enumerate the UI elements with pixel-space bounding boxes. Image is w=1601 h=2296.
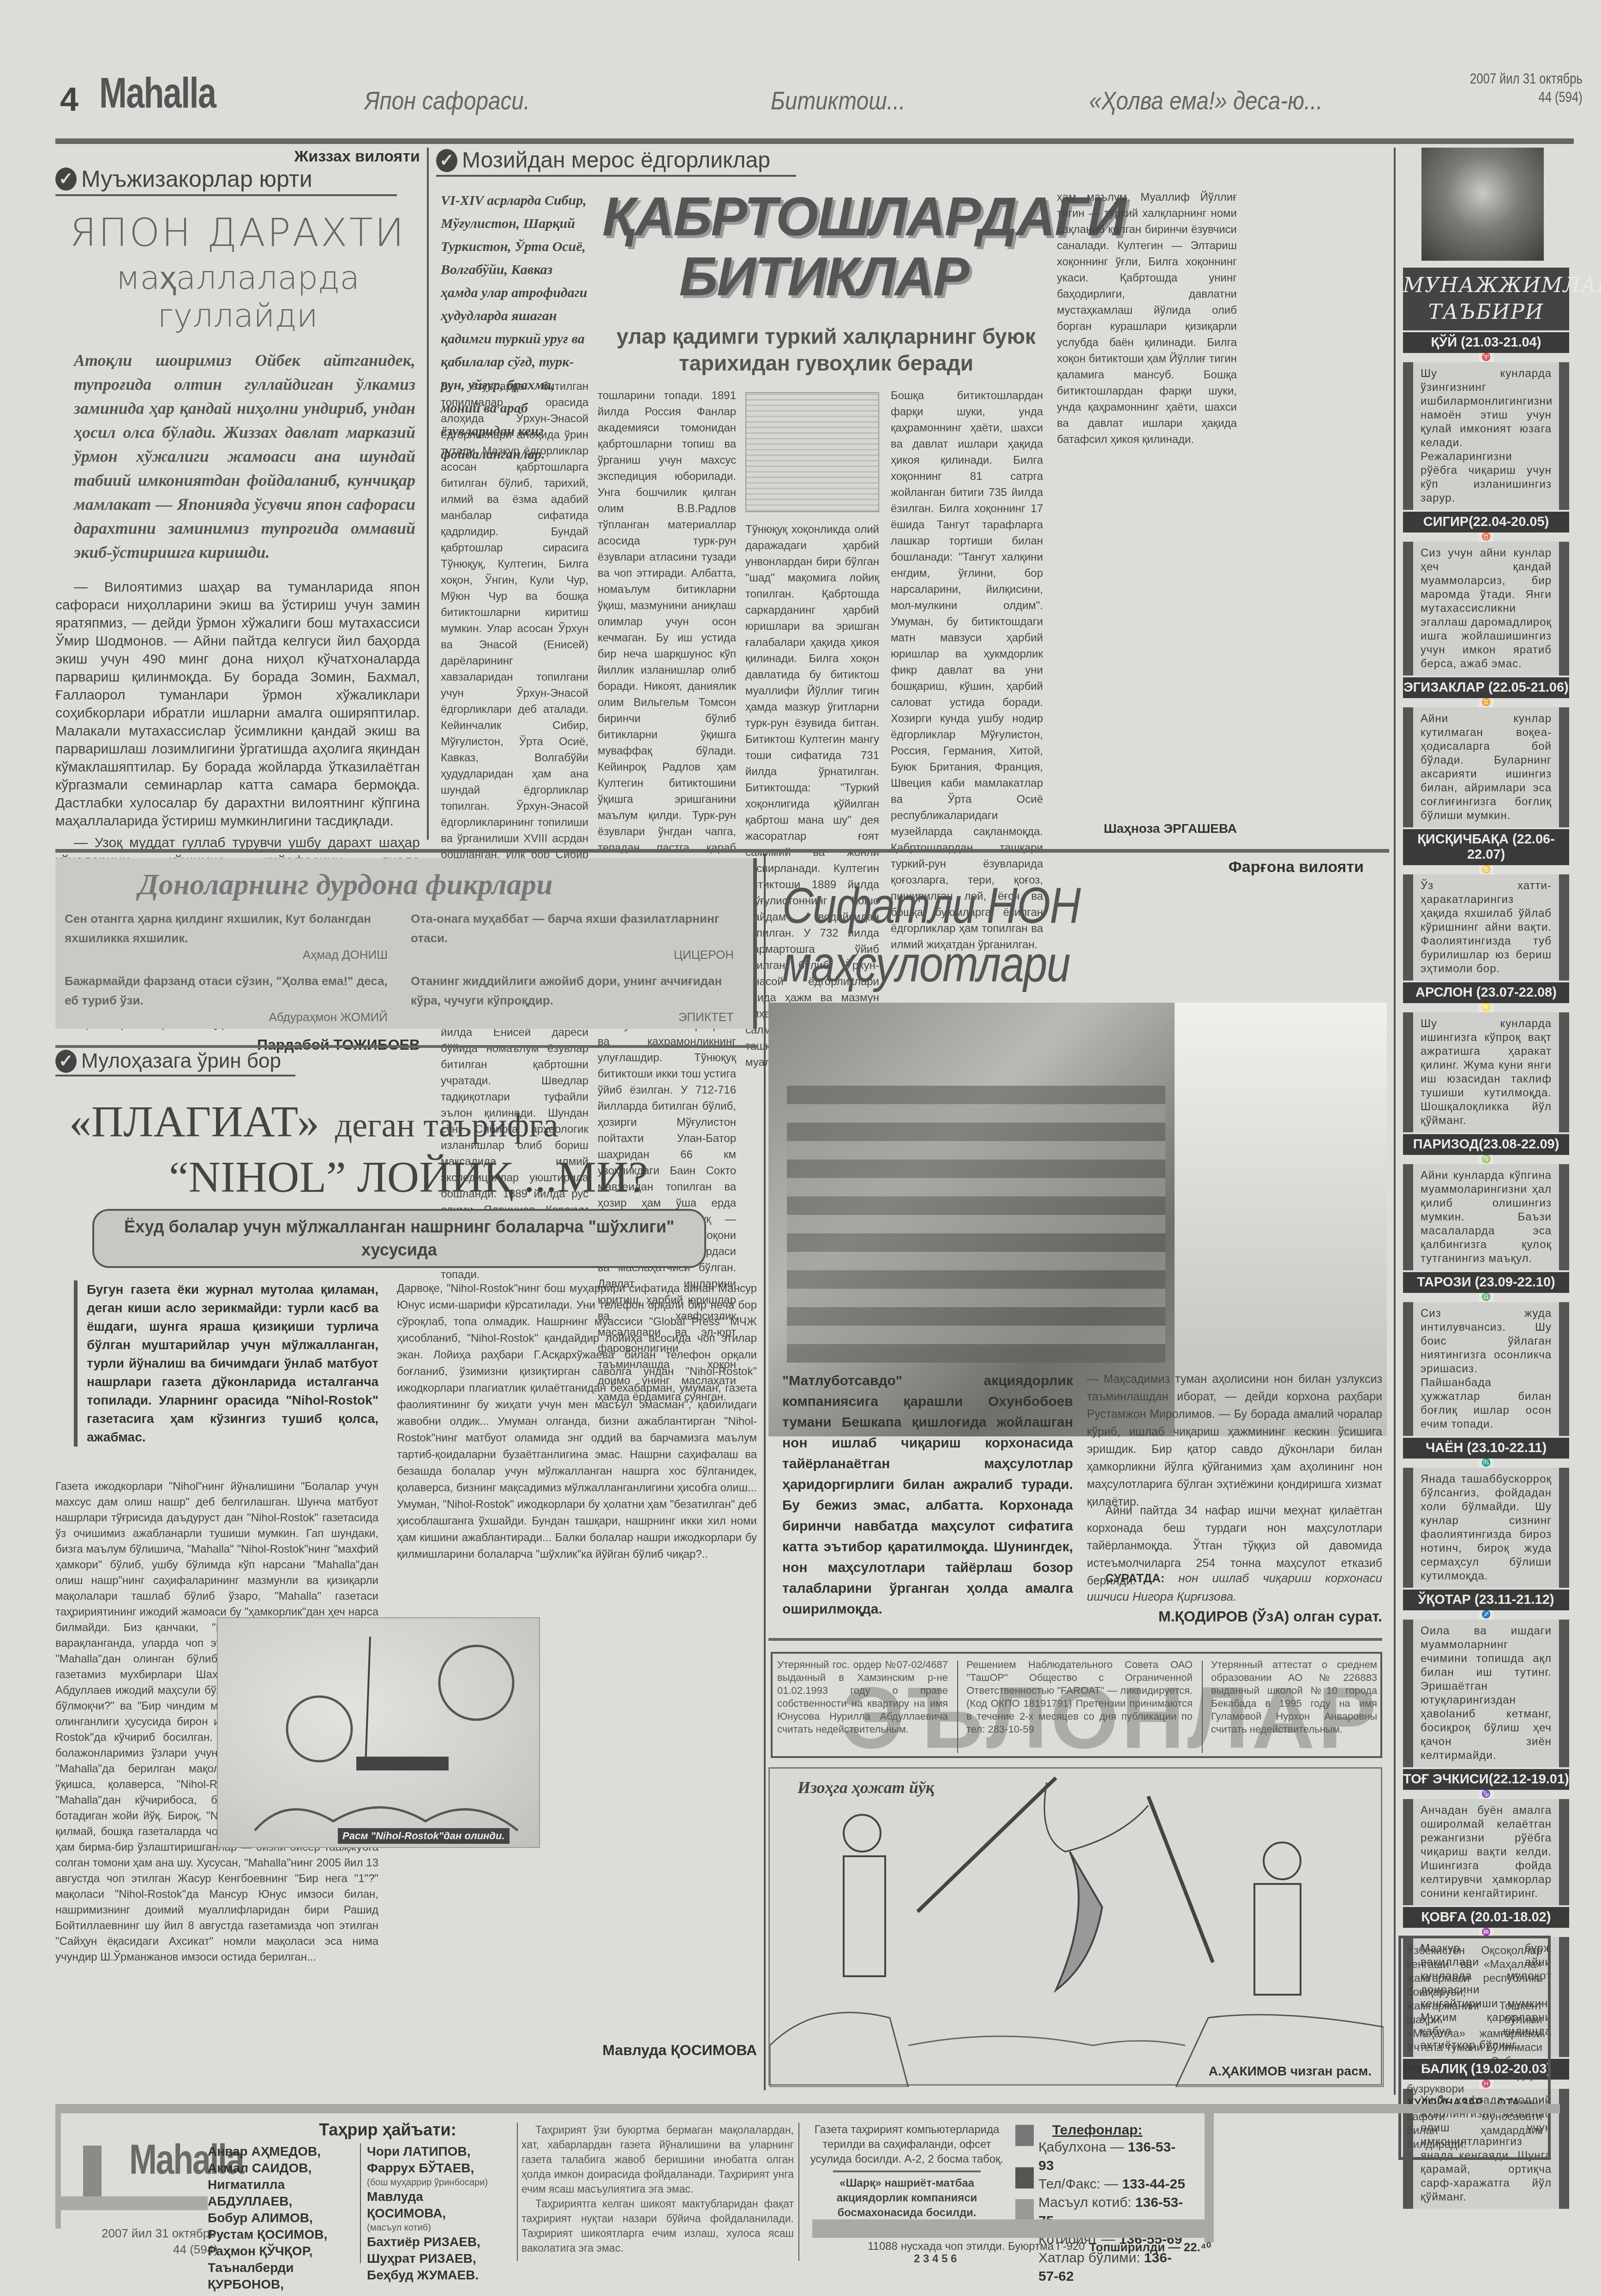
footer-divider <box>517 2123 518 2261</box>
sign-text: Шу кунларда ўзингизнинг ишбилармонлигинг… <box>1403 362 1569 510</box>
checkmark-icon: ✓ <box>55 167 77 191</box>
sign-7: ЧАЁН (23.10-22.11)♏Янада ташаббускорроқ … <box>1403 1438 1569 1588</box>
newspaper-page: 4 Mahalla Япон сафораси. Битиктош... «Ҳо… <box>0 0 1601 2296</box>
phone-reception[interactable]: Қабулхона — 136-53-93 <box>1038 2138 1191 2175</box>
submitted-time: Топширилди — 22.⁴⁰ <box>1089 2240 1211 2254</box>
quote-author: Абдураҳмон ЖОМИЙ <box>65 1010 388 1024</box>
ad-2: Решением Наблюдательного Совета ОАО "Таш… <box>966 1658 1193 1736</box>
sign-text: Ўз хатти-ҳаракатларингиз ҳақида яхшилаб … <box>1403 874 1569 981</box>
phones-block: Телефонлар: Қабулхона — 136-53-93 Тел/Фа… <box>1038 2123 1191 2286</box>
sign-3: ҚИСҚИЧБАҚА (22.06-22.07)♋Ўз хатти-ҳарака… <box>1403 829 1569 981</box>
print-divider <box>833 2170 981 2172</box>
checkmark-icon: ✓ <box>55 1050 77 1073</box>
footer-bar <box>55 2196 208 2210</box>
headline-line1: ҚАБРТОШЛАРДАГИ <box>602 187 1045 247</box>
logo-emblem-icon <box>83 2146 102 2196</box>
leo-icon: ♌ <box>1479 1003 1493 1012</box>
cartoon-credit: А.ҲАКИМОВ чизган расм. <box>1209 2064 1372 2079</box>
headline-big: «ПЛАГИАТ» <box>69 1097 319 1146</box>
quote-1: Сен отангга ҳарна қилдинг яхшилик, Кут б… <box>65 909 388 962</box>
horoscope-title-line1: МУНАЖЖИМЛАР <box>1403 272 1569 299</box>
phone-letters[interactable]: Хатлар бўлими: 136-57-62 <box>1038 2249 1191 2286</box>
chess-children-illustration <box>218 1618 541 1849</box>
sign-text: Айни кунларда кўпгина муаммоларингизни ҳ… <box>1403 1164 1569 1270</box>
staff-member: Чори ЛАТИПОВ, <box>367 2143 505 2160</box>
policy-1: Таҳририят ўзи буюртма бермаган мақолалар… <box>522 2123 794 2196</box>
phone-number: 133-44-25 <box>1122 2176 1185 2192</box>
region-label: Фарғона вилояти <box>768 858 1364 876</box>
quote-text: Сен отангга ҳарна қилдинг яхшилик, Кут б… <box>65 909 388 948</box>
scorpio-icon: ♏ <box>1479 1459 1493 1468</box>
phone-label: Қабулхона — <box>1038 2140 1124 2155</box>
policy-2: Таҳририятга келган шикоят мактубларидан … <box>522 2196 794 2255</box>
article-plagiat: ✓ Мулоҳазага ўрин бор «ПЛАГИАТ» деган та… <box>55 1050 762 2079</box>
quote-text: Ота-онага муҳаббат — барча яхши фазилатл… <box>411 909 734 948</box>
sign-name: СИГИР(22.04-20.05) <box>1403 512 1569 532</box>
staff-member: Раҳмон ҚЎЧҚОР, <box>208 2243 355 2260</box>
sign-name: ЎҚОТАР (23.11-21.12) <box>1403 1590 1569 1610</box>
sign-text: Сиз учун айни кунлар ҳеч қандай муаммола… <box>1403 542 1569 676</box>
taurus-icon: ♉ <box>1479 532 1493 542</box>
caption-label: СУРАТДА: <box>1105 1571 1164 1585</box>
subheadline: улар қадимги туркий халқларнинг буюк тар… <box>607 323 1045 377</box>
teaser-3[interactable]: «Ҳолва ема!» деса-ю... <box>1089 85 1323 115</box>
staff-member: Рустам ҚОСИМОВ, <box>208 2226 355 2243</box>
horoscope-title-line2: ТАЪБИРИ <box>1403 299 1569 326</box>
section-divider <box>55 849 1389 853</box>
photo-caption: СУРАТДА: нон ишлаб чиқариш корхонаси ишч… <box>1087 1569 1382 1606</box>
sign-6: ТАРОЗИ (23.09-22.10)♎Сиз жуда интилувчан… <box>1403 1272 1569 1436</box>
staff-member: Мавлуда ҚОСИМОВА, <box>367 2188 505 2222</box>
board-title: Таҳрир ҳайъати: <box>240 2120 535 2140</box>
headline-line2: маҳаллаларда гуллайди <box>55 259 420 335</box>
sign-5: ПАРИЗОД(23.08-22.09)♍Айни кунларда кўпги… <box>1403 1134 1569 1270</box>
article-col-2: Дарвоқе, "Nihol-Rostok"нинг бош муҳаррир… <box>397 1280 757 1563</box>
article-body-1: — Вилоятимиз шаҳар ва туманларида япон с… <box>55 578 420 830</box>
ad-divider <box>1202 1661 1203 1753</box>
article-lead: Бугун газета ёки журнал мутолаа қиламан,… <box>74 1280 378 1447</box>
staff-role: (масъул котиб) <box>367 2222 505 2234</box>
sign-name: ТАРОЗИ (23.09-22.10) <box>1403 1272 1569 1293</box>
article-bread: Фарғона вилояти Сифатли НОН маҳсулотлари… <box>768 858 1391 1436</box>
phone-icon <box>1015 2125 1034 2231</box>
phones-title: Телефонлар: <box>1052 2123 1191 2138</box>
quote-text: Отанинг жиддийлиги ажойиб дори, унинг ач… <box>411 971 734 1010</box>
rubric: ✓ Мозийдан мерос ёдгорликлар <box>436 148 796 177</box>
fishermen-illustration <box>770 1769 1384 2087</box>
section-divider <box>55 1045 757 1048</box>
article-col-top-right: ҳам маълум. Муаллиф Йўллиғ тигин — турки… <box>1057 189 1237 448</box>
circulation: 11088 нусхада чоп этилди. Буюртма Г-920 <box>868 2240 1085 2253</box>
checkmark-icon: ✓ <box>436 149 457 172</box>
imprint-footer: Mahalla 2007 йил 31 октябрь 44 (594) Таҳ… <box>55 2104 1578 2256</box>
sign-name: ҚЎЙ (21.03-21.04) <box>1403 332 1569 353</box>
masthead-rule <box>55 138 1574 144</box>
article-lead: "Матлуботсавдо" акциядорлик компаниясига… <box>782 1370 1073 1620</box>
column-divider <box>427 148 429 840</box>
headline-rest: деган таърифга <box>335 1106 558 1144</box>
quote-text: Бажармайди фарзанд отаси сўзин, "Ҳолва е… <box>65 971 388 1010</box>
sign-name: ЭГИЗАКЛАР (22.05-21.06) <box>1403 677 1569 698</box>
headline-line1: «ПЛАГИАТ» деган таърифга <box>69 1096 752 1147</box>
column-divider <box>764 854 766 2090</box>
staff-col-1: Анвар АҲМЕДОВ, Акмал САИДОВ, Нигматилла … <box>208 2143 355 2293</box>
headline: Сифатли НОН маҳсулотлари <box>782 876 1300 993</box>
sign-name: ҚИСҚИЧБАҚА (22.06-22.07) <box>1403 829 1569 865</box>
sign-text: Оила ва ишдаги муаммоларнинг ечимини топ… <box>1403 1620 1569 1767</box>
masthead-logo: Mahalla <box>99 69 216 118</box>
aries-icon: ♈ <box>1479 353 1493 362</box>
classified-ads: ЭЪЛОНЛАР Утерянный гос. ордер №07-02/468… <box>771 1652 1382 1758</box>
footer-bar-left <box>55 2113 61 2229</box>
sign-name: АРСЛОН (23.07-22.08) <box>1403 982 1569 1003</box>
quote-3: Бажармайди фарзанд отаси сўзин, "Ҳолва е… <box>65 971 388 1024</box>
condolence-text-before: Ўзбекистон Оқсоқоллар кенгаши ва «Маҳалл… <box>1407 1944 1542 2095</box>
sidebar-divider <box>1394 148 1396 2095</box>
staff-member: Бобур АЛИМОВ, <box>208 2210 355 2226</box>
sign-4: АРСЛОН (23.07-22.08)♌Шу кунларда ишингиз… <box>1403 982 1569 1132</box>
footer-bar <box>55 2104 1560 2113</box>
virgo-icon: ♍ <box>1479 1155 1493 1164</box>
press-numbers: 2 3 4 5 6 <box>914 2253 957 2266</box>
rubric-label: Муъжизакорлар юрти <box>81 166 312 192</box>
quotes-box: Доноларнинг дурдона фикрлари Сен отангга… <box>55 858 757 1029</box>
ad-1: Утерянный гос. ордер №07-02/4687 выданны… <box>777 1658 948 1736</box>
issue-date: 2007 йил 31 октябрь <box>1470 69 1583 88</box>
issue-number: 44 (594) <box>1470 88 1583 106</box>
rubric-label: Мозийдан мерос ёдгорликлар <box>462 148 770 173</box>
rubric: ✓ Муъжизакорлар юрти <box>55 166 397 196</box>
cancer-icon: ♋ <box>1479 865 1493 874</box>
printer: «Шарқ» нашриёт-матбаа акциядорлик компан… <box>805 2176 1008 2220</box>
issue-info: 2007 йил 31 октябрь 44 (594) <box>1470 69 1583 106</box>
sign-text: Шу кунларда ишингизга кўпроқ вақт ажрати… <box>1403 1012 1569 1132</box>
sign-1: СИГИР(22.04-20.05)♉Сиз учун айни кунлар … <box>1403 512 1569 676</box>
sign-name: ҚОВҒА (20.01-18.02) <box>1403 1907 1569 1928</box>
fishing-cartoon: Изоҳга ҳожат йўқ А.ҲАКИМОВ чизган расм. <box>768 1767 1382 2086</box>
footer-bar <box>812 2219 1214 2238</box>
article-lead: Атоқли шоиримиз Ойбек айтганидек, тупроғ… <box>74 348 415 564</box>
subdeck: Ёхуд болалар учун мўлжалланган нашрнинг … <box>92 1209 706 1268</box>
horoscope-title: МУНАЖЖИМЛАР ТАЪБИРИ <box>1403 268 1569 330</box>
teaser-1[interactable]: Япон сафораси. <box>365 85 530 115</box>
sign-2: ЭГИЗАКЛАР (22.05-21.06)♊Айни кунлар кути… <box>1403 677 1569 827</box>
rubric: ✓ Мулоҳазага ўрин бор <box>55 1050 295 1076</box>
headline-line2: “NIHOL” ЛОЙИҚ ...МИ? <box>55 1151 762 1202</box>
sign-name: ТОҒ ЭЧКИСИ(22.12-19.01) <box>1403 1769 1569 1790</box>
sign-text: Сиз жуда интилувчансиз. Шу боис ўйлаган … <box>1403 1302 1569 1436</box>
cartoon-caption: Расм "Nihol-Rostok"дан олинди. <box>338 1828 510 1844</box>
fortune-teller-photo <box>1421 148 1544 261</box>
region-label: Жиззах вилояти <box>55 148 420 166</box>
quote-author: Аҳмад ДОНИШ <box>65 948 388 962</box>
staff-col-2: Чори ЛАТИПОВ, Фаррух БЎТАЕВ, (бош муҳарр… <box>367 2143 505 2284</box>
article-author: Шаҳноза ЭРГАШЕВА <box>1057 821 1237 836</box>
quote-author: ЦИЦЕРОН <box>411 948 734 962</box>
quote-2: Ота-онага муҳаббат — барча яхши фазилатл… <box>411 909 734 962</box>
quote-4: Отанинг жиддийлиги ажойиб дори, унинг ач… <box>411 971 734 1024</box>
article-author: Мавлуда ҚОСИМОВА <box>425 2042 757 2059</box>
sign-0: ҚЎЙ (21.03-21.04)♈Шу кунларда ўзингизнин… <box>1403 332 1569 510</box>
rubric-label: Мулоҳазага ўрин бор <box>81 1050 281 1073</box>
photo-credit: М.ҚОДИРОВ (ЎзА) олган сурат. <box>1087 1608 1382 1625</box>
libra-icon: ♎ <box>1479 1293 1493 1302</box>
ad-3: Утерянный аттестат о среднем образовании… <box>1211 1658 1377 1736</box>
staff-member: Беҳбуд ЖУМАЕВ. <box>367 2267 505 2284</box>
footer-date: 2007 йил 31 октябрь <box>102 2226 216 2241</box>
children-cartoon-image: Расм "Nihol-Rostok"дан олинди. <box>217 1617 540 1848</box>
staff-role: (бош муҳаррир ўринбосари) <box>367 2176 505 2188</box>
phone-label: Масъул котиб: <box>1038 2195 1131 2210</box>
footer-divider <box>798 2123 799 2261</box>
staff-member: Анвар АҲМЕДОВ, <box>208 2143 355 2160</box>
article-gravestones: ✓ Мозийдан мерос ёдгорликлар VI-XIV асрл… <box>436 148 1396 844</box>
sign-name: ЧАЁН (23.10-22.11) <box>1403 1438 1569 1459</box>
editorial-policy: Таҳририят ўзи буюртма бермаган мақолалар… <box>522 2123 794 2255</box>
capricorn-icon: ♑ <box>1479 1790 1493 1799</box>
headline-line2: БИТИКЛАР <box>602 247 1045 307</box>
staff-member: Нигматилла АБДУЛЛАЕВ, <box>208 2176 355 2210</box>
horoscope-panel: МУНАЖЖИМЛАР ТАЪБИРИ ҚЎЙ (21.03-21.04)♈Шу… <box>1403 268 1569 2209</box>
sagittarius-icon: ♐ <box>1479 1610 1493 1620</box>
staff-member: Акмал САИДОВ, <box>208 2160 355 2176</box>
staff-member: Бахтиёр РИЗАЕВ, <box>367 2234 505 2250</box>
section-divider <box>768 1638 1382 1641</box>
article-body-1: — Мақсадимиз туман аҳолисини нон билан у… <box>1087 1370 1382 1511</box>
ad-divider <box>957 1661 958 1753</box>
runic-inscription-image <box>745 392 879 512</box>
sign-text: Янада ташаббускорроқ бўлсангиз, фойдадан… <box>1403 1468 1569 1588</box>
phone-fax[interactable]: Тел/Факс: — 133-44-25 <box>1038 2175 1191 2194</box>
headline-line1: ЯПОН ДАРАХТИ <box>55 210 420 255</box>
gemini-icon: ♊ <box>1479 698 1493 707</box>
staff-divider <box>360 2143 361 2263</box>
staff-member: Фаррух БЎТАЕВ, <box>367 2160 505 2176</box>
phone-label: Тел/Факс: — <box>1038 2176 1118 2192</box>
quote-author: ЭПИКТЕТ <box>411 1010 734 1024</box>
staff-member: Шуҳрат РИЗАЕВ, <box>367 2250 505 2267</box>
teaser-2[interactable]: Битиктош... <box>771 85 905 115</box>
page-number: 4 <box>60 81 78 119</box>
staff-member: Таъналберди ҚУРБОНОВ, <box>208 2260 355 2293</box>
bread-racks <box>787 1086 1165 1363</box>
sign-text: Айни кунлар кутилмаган воқеа-ҳодисаларга… <box>1403 707 1569 827</box>
sign-text: Анчадан буён амалга ошиpолмай келаётган … <box>1403 1799 1569 1905</box>
sign-name: ПАРИЗОД(23.08-22.09) <box>1403 1134 1569 1155</box>
print-info: Газета таҳририят компьютерларида терилди… <box>805 2123 1008 2167</box>
sign-9: ТОҒ ЭЧКИСИ(22.12-19.01)♑Анчадан буён ама… <box>1403 1769 1569 1905</box>
quotes-title: Доноларнинг дурдона фикрлари <box>138 867 553 902</box>
sign-8: ЎҚОТАР (23.11-21.12)♐Оила ва ишдаги муам… <box>1403 1590 1569 1767</box>
